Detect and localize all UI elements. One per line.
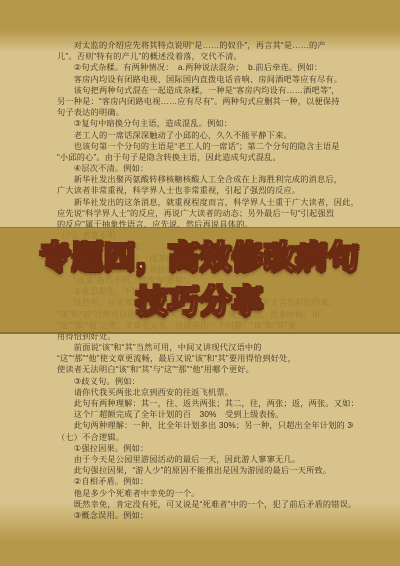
doc-line: 这个厂超额完成了全年计划的百 30% 受到上级表扬。 bbox=[57, 409, 353, 420]
doc-line: 广大读者非常重视，科学界人士也非常重视，引起了强烈的反应。 bbox=[57, 185, 353, 196]
doc-line: （七）不合逻辑。 bbox=[57, 432, 353, 443]
doc-line: 由于今天是公园里游园活动的最后一天，因此游人寥寥无几。 bbox=[57, 454, 353, 465]
doc-line: 此句有两种理解：其一，往、返共两张；其二，往，两张；返，两张。又如： bbox=[57, 398, 353, 409]
doc-line: ③概念误用。例如： bbox=[57, 510, 353, 521]
doc-line: ②句式杂糅。有两种情况： a.两种说法混杂； b.前后牵连。例如： bbox=[57, 62, 353, 73]
doc-line: 儿”。否则“特有的产儿”的概述没着落，交代不清。 bbox=[57, 51, 353, 62]
doc-line: 句子表达的明确。 bbox=[57, 107, 353, 118]
doc-line: 老工人的一席话深深触动了小邱的心，久久不能平静下来。 bbox=[57, 130, 353, 141]
bottom-scan-band bbox=[0, 542, 400, 566]
top-scan-band bbox=[0, 0, 400, 30]
doc-line: 既然幸免，肯定没有死，可又说是“死难者”中的一个，犯了前后矛盾的错误。 bbox=[57, 499, 353, 510]
doc-line: 此句两种理解：一种，比全年计划多出 30%；另一种，只超出全年计划的 30%。 bbox=[57, 420, 353, 431]
doc-line: ③复句中暗换分句主语，造成混乱。例如： bbox=[57, 118, 353, 129]
doc-line: 新华社发出聚丙氨酸转移核糖核酸人工全合成在上海胜利完成的消息后， bbox=[57, 174, 353, 185]
doc-line: “小邱的心”。由于句子是隐含转换主语，因此造成句式混乱。 bbox=[57, 152, 353, 163]
doc-line: ①强拉因果。例如： bbox=[57, 443, 353, 454]
banner-title-line-1: 专题四，高效修改病句 bbox=[40, 236, 360, 280]
doc-line: ④层次不清。例如： bbox=[57, 163, 353, 174]
doc-line: 该句把两种句式混在一起造成杂糅，一种是“客房内均设有……酒吧等”， bbox=[57, 85, 353, 96]
doc-line: 对太监的介绍应先将其特点说明“是……的奴仆”，再言其“是……的产 bbox=[57, 40, 353, 51]
doc-line: 也该句第一个分句的主语是“老工人的一席话”；第二个分句的隐含主语是 bbox=[57, 141, 353, 152]
scanned-page: 对太监的介绍应先将其特点说明“是……的奴仆”，再言其“是……的产儿”。否则“特有… bbox=[0, 0, 400, 566]
doc-line: 客房内均设有闭路电视、国际国内直拨电话音响、房间酒吧等应有尽有。 bbox=[57, 74, 353, 85]
doc-line: ②自相矛盾。例如： bbox=[57, 476, 353, 487]
title-overlay-banner: 专题四，高效修改病句 技巧分享 bbox=[0, 227, 400, 334]
doc-line: 另一种是：“客房内闭路电视……应有尽有”。两种句式应删其一种，以便保持 bbox=[57, 96, 353, 107]
doc-line: 前面说“该”和“其”当然可用，中间又讲现代汉语中的 bbox=[57, 342, 353, 353]
doc-line: 他是多少个死难者中幸免的一个。 bbox=[57, 488, 353, 499]
doc-line: 应先说“科学界人士”的反应，再说广大读者的动态；另外最后一句“引起强烈 bbox=[57, 208, 353, 219]
doc-line: 新华社发出的这条消息，就重视程度而言，科学界人士重于广大读者，因此， bbox=[57, 197, 353, 208]
doc-line: “这”“那”“他”使文章更流畅，最后又说“该”和“其”要用得恰到好处， bbox=[57, 353, 353, 364]
doc-line: 请你代我买两张北京到西安的往返飞机票。 bbox=[57, 387, 353, 398]
doc-line: ③歧义句。例如： bbox=[57, 376, 353, 387]
doc-line: 此句强拉因果，“游人少”的原因不能推出是因为游园的最后一天所致。 bbox=[57, 465, 353, 476]
banner-title-line-2: 技巧分享 bbox=[136, 280, 264, 324]
doc-line: 使读者无法明白“该”和“其”与“这”“那”“他”用哪个更好。 bbox=[57, 364, 353, 375]
